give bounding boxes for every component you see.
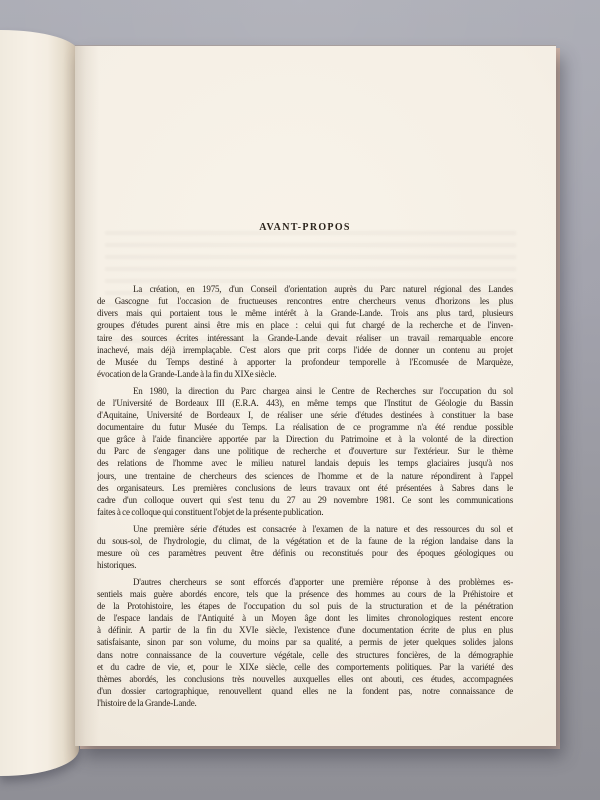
text-line: de Gascogne fut l'occasion de fructueuse… bbox=[97, 295, 513, 307]
text-line: des organisateurs. Les premières conclus… bbox=[97, 482, 513, 494]
paragraph: En 1980, la direction du Parc chargea ai… bbox=[97, 385, 513, 519]
text-line: du sous-sol, de l'hydrologie, du climat,… bbox=[97, 535, 513, 547]
foreword-text: La création, en 1975, d'un Conseil d'ori… bbox=[97, 283, 513, 709]
text-line: d'Aquitaine, Université de Bordeaux I, d… bbox=[97, 409, 513, 421]
text-line: satisfaisante, sinon par son volume, du … bbox=[97, 636, 513, 648]
text-line: faites à ce colloque qui constituent l'o… bbox=[97, 506, 513, 518]
text-line: et du cadre de vie, et, pour le XIXe siè… bbox=[97, 661, 513, 673]
paragraph: Une première série d'études est consacré… bbox=[97, 523, 513, 572]
text-line: thèmes abordés, les conclusions très nou… bbox=[97, 673, 513, 685]
text-line: jours, une trentaine de chercheurs des s… bbox=[97, 470, 513, 482]
text-line: l'histoire de la Grande-Lande. bbox=[97, 697, 513, 709]
text-line: sentiels mais guère abordés encore, tels… bbox=[97, 588, 513, 600]
text-line: taire des sources écrites intéressant la… bbox=[97, 332, 513, 344]
text-line: à définir. A partir de la fin du XVIe si… bbox=[97, 624, 513, 636]
text-line: de Musée du Temps destiné à apporter la … bbox=[97, 356, 513, 368]
text-line: En 1980, la direction du Parc chargea ai… bbox=[97, 385, 513, 397]
text-line: Une première série d'études est consacré… bbox=[97, 523, 513, 535]
foreword-page: AVANT-PROPOS La création, en 1975, d'un … bbox=[75, 46, 556, 746]
text-line: de l'Université de Bordeaux III (E.R.A. … bbox=[97, 397, 513, 409]
text-line: mesure où ces paramètres peuvent être dé… bbox=[97, 547, 513, 559]
text-line: groupes d'études purent ainsi être mis e… bbox=[97, 319, 513, 331]
text-line: historiques. bbox=[97, 559, 513, 571]
text-line: divers mais qui portaient tous le même i… bbox=[97, 307, 513, 319]
left-page-curl bbox=[0, 30, 79, 776]
text-line: de l'espace landais de l'Antiquité à un … bbox=[97, 612, 513, 624]
text-line: d'un dossier cartographique, renouvellen… bbox=[97, 685, 513, 697]
text-line: La création, en 1975, d'un Conseil d'ori… bbox=[97, 283, 513, 295]
text-line: D'autres chercheurs se sont efforcés d'a… bbox=[97, 576, 513, 588]
paragraph: D'autres chercheurs se sont efforcés d'a… bbox=[97, 576, 513, 710]
text-line: documentaire du futur Musée du Temps. La… bbox=[97, 421, 513, 433]
text-line: évocation de la Grande-Lande à la fin du… bbox=[97, 368, 513, 380]
text-line: des relations de l'homme avec le milieu … bbox=[97, 457, 513, 469]
text-line: inachevé, mais déjà irremplaçable. C'est… bbox=[97, 344, 513, 356]
text-line: que grâce à l'aide financière apportée p… bbox=[97, 433, 513, 445]
text-line: du Parc de s'engager dans une politique … bbox=[97, 445, 513, 457]
text-line: dans notre connaissance de la couverture… bbox=[97, 649, 513, 661]
page-title: AVANT-PROPOS bbox=[97, 222, 513, 234]
text-line: de la Protohistoire, les étapes de l'occ… bbox=[97, 600, 513, 612]
paragraph: La création, en 1975, d'un Conseil d'ori… bbox=[97, 283, 513, 380]
book-photo: AVANT-PROPOS La création, en 1975, d'un … bbox=[0, 0, 600, 800]
text-line: cadre d'un colloque ouvert qui s'est ten… bbox=[97, 494, 513, 506]
text-block: AVANT-PROPOS La création, en 1975, d'un … bbox=[97, 46, 513, 709]
